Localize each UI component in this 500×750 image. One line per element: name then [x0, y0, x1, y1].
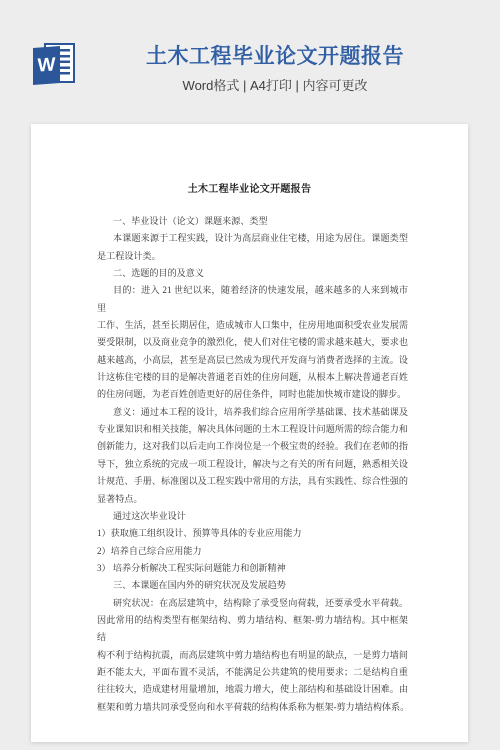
doc-line: 计规范、手册、标准图以及工程实践中常用的方法，具有实践性、综合性强的 [97, 473, 408, 490]
page-header: W 土木工程毕业论文开题报告 Word格式 | A4打印 | 内容可更改 [0, 0, 500, 124]
template-title: 土木工程毕业论文开题报告 [50, 44, 500, 70]
doc-line: 的住房问题，为老百姓创造更好的居住条件，同时也能加快城市建设的脚步。 [97, 386, 408, 403]
doc-line: 显著特点。 [97, 491, 408, 508]
doc-line: 本课题来源于工程实践，设计为高层商业住宅楼，用途为居住。课题类型 [97, 230, 408, 247]
doc-line: 创新能力，这对我们以后走向工作岗位是一个极宝贵的经验。我们在老师的指 [97, 438, 408, 455]
doc-line: 要受限制，以及商业竞争的激烈化，使人们对住宅楼的需求越来越大，要求也 [97, 334, 408, 351]
doc-line: 工作、生活，甚至长期居住，造成城市人口集中，住房用地面积受农业发展需 [97, 317, 408, 334]
document-body: 一、毕业设计（论文）课题来源、类型本课题来源于工程实践，设计为高层商业住宅楼，用… [97, 213, 408, 716]
doc-line: 通过这次毕业设计 [97, 508, 408, 525]
doc-line: 研究状况：在高层建筑中，结构除了承受竖向荷载，还要承受水平荷载。 [97, 595, 408, 612]
doc-line: 因此常用的结构类型有框架结构、剪力墙结构、框架-剪力墙结构。其中框架结 [97, 612, 408, 647]
template-subtitle: Word格式 | A4打印 | 内容可更改 [50, 78, 500, 94]
doc-line: 导下，独立系统的完成一项工程设计，解决与之有关的所有问题，熟悉相关设 [97, 456, 408, 473]
doc-lines: 一、毕业设计（论文）课题来源、类型本课题来源于工程实践，设计为高层商业住宅楼，用… [97, 213, 408, 716]
document-page-preview: 土木工程毕业论文开题报告 一、毕业设计（论文）课题来源、类型本课题来源于工程实践… [31, 124, 468, 742]
doc-line: 目的：进入 21 世纪以来，随着经济的快速发展，越来越多的人来到城市里 [97, 282, 408, 317]
doc-line: 一、毕业设计（论文）课题来源、类型 [97, 213, 408, 230]
doc-line: 专业课知识和相关技能，解决具体问题的土木工程设计问题所需的综合能力和 [97, 421, 408, 438]
doc-line: 意义：通过本工程的设计，培养我们综合应用所学基础课、技术基础课及 [97, 404, 408, 421]
doc-line: 2）培养自己综合应用能力 [97, 543, 408, 560]
doc-line: 是工程设计类。 [97, 248, 408, 265]
doc-line: 三、本课题在国内外的研究状况及发展趋势 [97, 577, 408, 594]
document-title: 土木工程毕业论文开题报告 [31, 180, 468, 195]
doc-line: 计这栋住宅楼的目的是解决普通老百姓的住房问题，从根本上解决普通老百姓 [97, 369, 408, 386]
doc-line: 二、选题的目的及意义 [97, 265, 408, 282]
doc-line: 越来越高，小高层，甚至是高层已然成为现代开发商与消费者选择的主流。设 [97, 352, 408, 369]
doc-line: 3） 培养分析解决工程实际问题能力和创新精神 [97, 560, 408, 577]
doc-line: 1）获取施工组织设计、预算等具体的专业应用能力 [97, 525, 408, 542]
header-texts: 土木工程毕业论文开题报告 Word格式 | A4打印 | 内容可更改 [50, 0, 500, 94]
doc-line: 距不能太大，平面布置不灵活，不能满足公共建筑的使用要求；二是结构自重 [97, 664, 408, 681]
doc-line: 框架和剪力墙共同承受竖向和水平荷载的结构体系称为框架-剪力墙结构体系。 [97, 699, 408, 716]
doc-line: 构不利于结构抗震，而高层建筑中剪力墙结构也有明显的缺点，一是剪力墙间 [97, 647, 408, 664]
doc-line: 往往较大，造成建材用量增加，地震力增大，使上部结构和基础设计困难。由 [97, 681, 408, 698]
